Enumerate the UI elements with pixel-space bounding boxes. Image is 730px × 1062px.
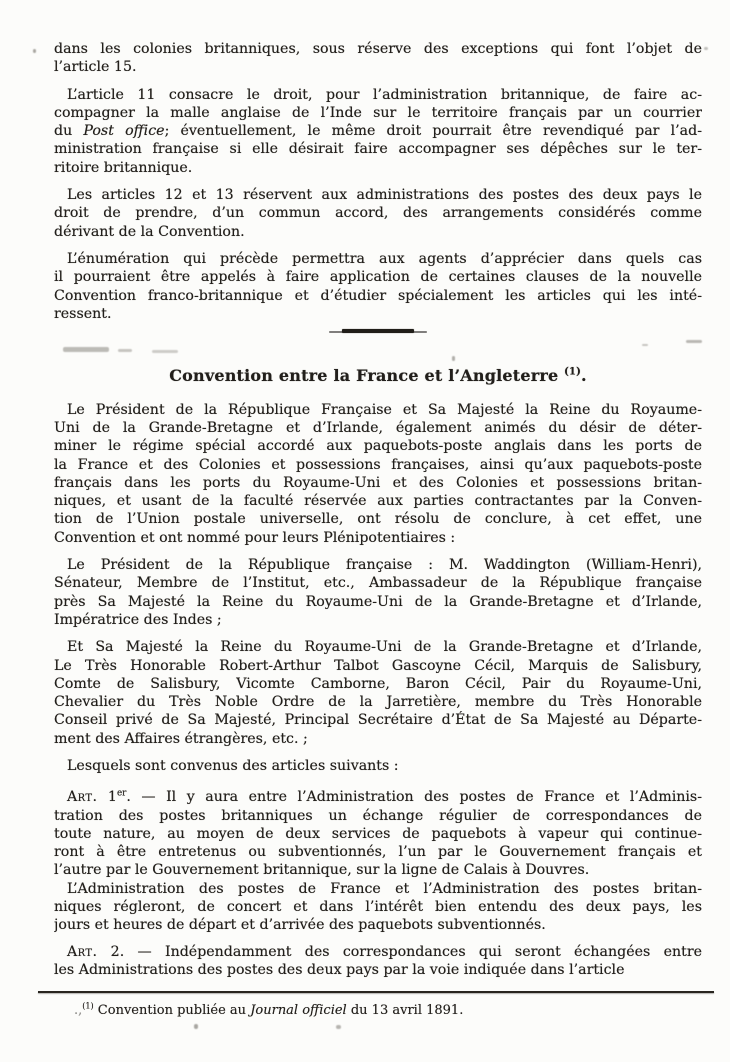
text-line: compagner la malle anglaise de l’Inde su… [54,104,702,122]
italic-text: Journal officiel [250,1003,347,1018]
scan-artifact [152,350,178,353]
text-line: français dans les ports du Royaume-Uni e… [54,474,702,492]
document-heading: Convention entre la France et l’Angleter… [54,366,702,386]
text-line: l’autre par le Gouvernement britannique,… [54,861,702,879]
paragraph: Lesquels sont convenus des articles suiv… [54,757,702,775]
superscript-note-ref: (1) [564,366,581,377]
text-line: toute nature, au moyen de deux services … [54,825,702,843]
paragraph: Le Président de la République Française … [54,401,702,547]
text-line: ressent. [54,305,702,323]
text-line: tion de l’Union postale universelle, ont… [54,510,702,528]
scan-artifact [33,49,36,53]
text-line: Le Président de la République Française … [54,401,702,419]
text-line: Art. 2. — Indépendamment des corresponda… [54,943,702,961]
text-line: Lesquels sont convenus des articles suiv… [54,757,702,775]
scan-artifact [704,47,708,50]
text-line: Convention entre la France et l’Angleter… [54,366,702,386]
footnote-text: .,(1) Convention publiée au Journal offi… [74,1002,463,1019]
text-line: il pourraient être appelés à faire appli… [54,268,702,286]
text-line: ministration française si elle désirait … [54,140,702,158]
text-line: L’énumération qui précède permettra aux … [54,250,702,268]
paragraph: L’Administration des postes de France et… [54,880,702,935]
text-line: Les articles 12 et 13 réservent aux admi… [54,186,702,204]
paragraph: Art. 1er. — Il y aura entre l’Administra… [54,788,702,879]
scan-artifact [336,1025,341,1029]
scanned-page: dans les colonies britanniques, sous rés… [0,0,730,1062]
paragraph: dans les colonies britanniques, sous rés… [54,40,702,77]
text-line: ront à être entretenus ou subventionnés,… [54,843,702,861]
text-line: tration des postes britanniques un échan… [54,807,702,825]
footnote-rule [38,991,714,993]
text-line: ritoire britannique. [54,159,702,177]
text-line: dérivant de la Convention. [54,223,702,241]
scan-artifact [118,349,132,352]
text-line: Le Très Honorable Robert-Arthur Talbot G… [54,657,702,675]
paragraph: L’article 11 consacre le droit, pour l’a… [54,86,702,177]
text-line: Impératrice des Indes ; [54,611,702,629]
smallcaps-text: Art. [67,944,97,960]
text-line: droit de prendre, d’un commun accord, de… [54,204,702,222]
text-line: ment des Affaires étrangères, etc. ; [54,730,702,748]
paragraph: L’énumération qui précède permettra aux … [54,250,702,323]
text-line: Et Sa Majesté la Reine du Royaume-Uni de… [54,638,702,656]
document-body: dans les colonies britanniques, sous rés… [54,40,702,979]
scan-artifact [642,344,648,346]
text-line: niques régleront, de concert et dans l’i… [54,898,702,916]
text-line: niques, et usant de la faculté réservée … [54,492,702,510]
superscript-note-ref: er [117,789,126,799]
paragraph: Les articles 12 et 13 réservent aux admi… [54,186,702,241]
text-line: Le Président de la République française … [54,556,702,574]
text-line: la France et des Colonies et possessions… [54,456,702,474]
scan-artifact [452,356,455,361]
text-line: dans les colonies britanniques, sous rés… [54,40,702,58]
scan-artifact [194,1024,198,1029]
text-line: Conseil privé de Sa Majesté, Principal S… [54,711,702,729]
text-line: du Post office; éventuellement, le même … [54,122,702,140]
scan-artifact [686,340,702,343]
text-line: Sénateur, Membre de l’Institut, etc., Am… [54,574,702,592]
text-line: près Sa Majesté la Reine du Royaume-Uni … [54,593,702,611]
text-line: jours et heures de départ et d’arrivée d… [54,916,702,934]
text-line: L’article 11 consacre le droit, pour l’a… [54,86,702,104]
italic-text: Post office [83,123,164,139]
scan-artifact-text: ., [74,1003,82,1018]
text-line: Art. 1er. — Il y aura entre l’Administra… [54,788,702,806]
text-line: Chevalier du Très Noble Ordre de la Jarr… [54,693,702,711]
text-line: Convention et ont nommé pour leurs Pléni… [54,529,702,547]
text-line: Uni de la Grande-Bretagne et d’Irlande, … [54,419,702,437]
section-divider [342,329,414,333]
text-line: Comte de Salisbury, Vicomte Camborne, Ba… [54,675,702,693]
scan-artifact [63,347,109,352]
paragraph: Et Sa Majesté la Reine du Royaume-Uni de… [54,638,702,748]
text-line: les Administrations des postes des deux … [54,961,702,979]
text-line: Convention franco-britannique et d’étudi… [54,287,702,305]
paragraph: Le Président de la République française … [54,556,702,629]
superscript-note-ref: (1) [82,1002,93,1011]
text-line: l’article 15. [54,58,702,76]
smallcaps-text: Art. [67,789,97,805]
text-line: miner le régime spécial accordé aux paqu… [54,437,702,455]
paragraph: Art. 2. — Indépendamment des corresponda… [54,943,702,980]
text-line: L’Administration des postes de France et… [54,880,702,898]
